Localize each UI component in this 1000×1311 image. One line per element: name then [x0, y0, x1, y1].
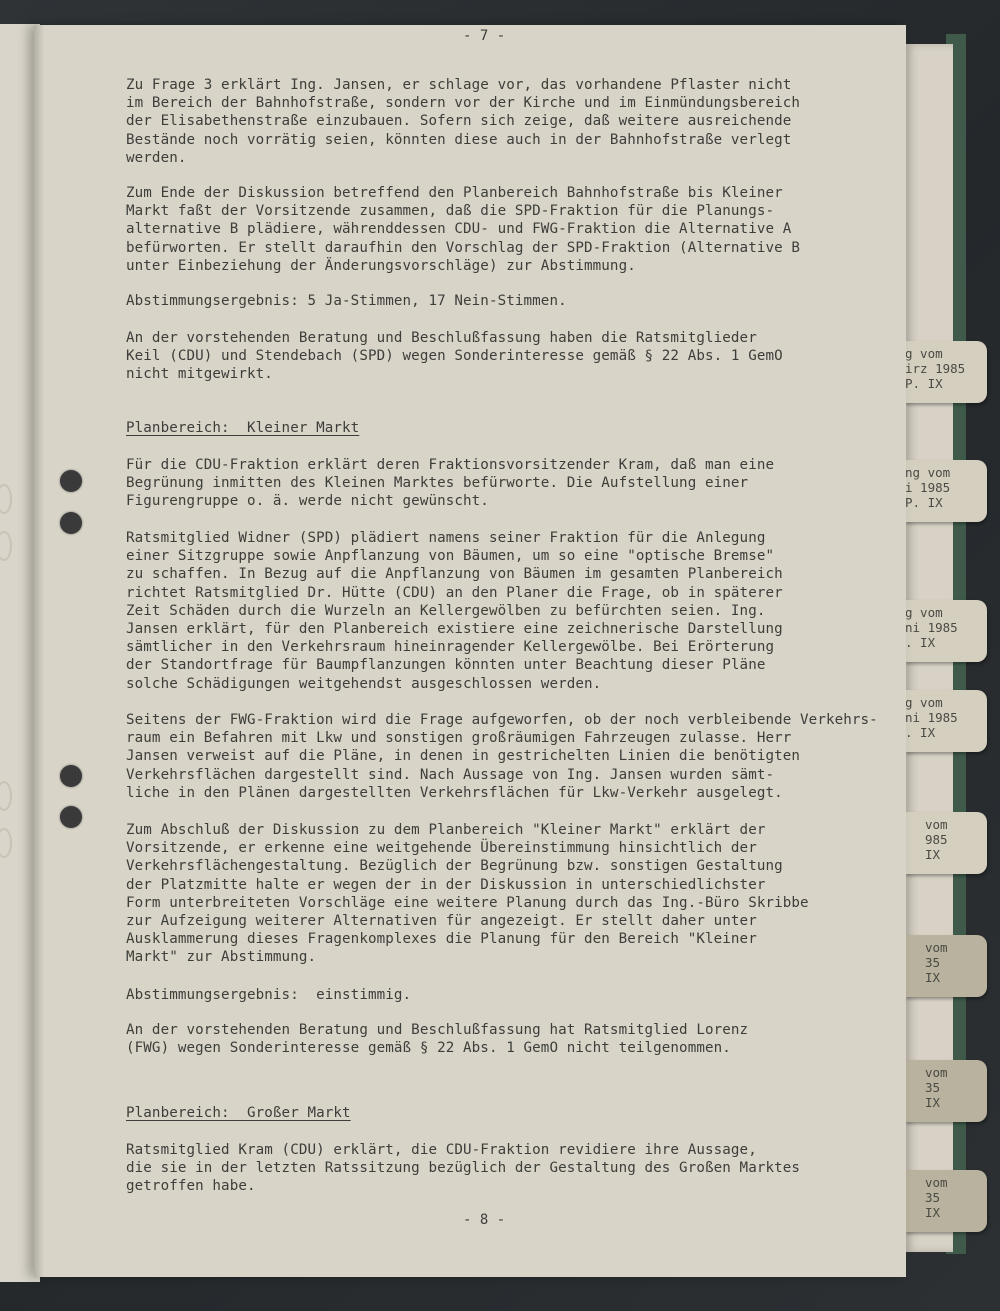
index-tab-label: vom: [905, 1065, 987, 1080]
index-tab-label: . IX: [905, 725, 987, 740]
paragraph: An der vorstehenden Beratung und Beschlu…: [126, 329, 783, 384]
text-line: Zu Frage 3 erklärt Ing. Jansen, er schla…: [126, 76, 800, 94]
text-line: Markt" zur Abstimmung.: [126, 948, 809, 966]
section-heading: Planbereich: Großer Markt: [126, 1104, 351, 1122]
index-tab[interactable]: g vomirz 1985P. IX: [905, 341, 987, 403]
text-line: zu schaffen. In Bezug auf die Anpflanzun…: [126, 565, 783, 583]
text-line: (FWG) wegen Sonderinteresse gemäß § 22 A…: [126, 1039, 748, 1057]
punch-hole: [60, 806, 82, 828]
paragraph: An der vorstehenden Beratung und Beschlu…: [126, 1021, 748, 1057]
text-line: der Platzmitte halte er wegen der in der…: [126, 876, 809, 894]
text-line: Jansen erklärt, für den Planbereich exis…: [126, 620, 783, 638]
text-line: An der vorstehenden Beratung und Beschlu…: [126, 1021, 748, 1039]
text-line: im Bereich der Bahnhofstraße, sondern vo…: [126, 94, 800, 112]
text-line: raum ein Befahren mit Lkw und sonstigen …: [126, 729, 878, 747]
index-tab-label: ng vom: [905, 465, 987, 480]
index-tab[interactable]: vom35IX: [905, 1060, 987, 1122]
paragraph: Zu Frage 3 erklärt Ing. Jansen, er schla…: [126, 76, 800, 167]
index-tab-label: IX: [905, 970, 987, 985]
index-tab-label: g vom: [905, 695, 987, 710]
paragraph: Abstimmungsergebnis: einstimmig.: [126, 986, 411, 1004]
paragraph: Zum Ende der Diskussion betreffend den P…: [126, 184, 800, 275]
index-tab-label: irz 1985: [905, 361, 987, 376]
text-line: zur Aufzeigung weiterer Alternativen für…: [126, 912, 809, 930]
text-line: Seitens der FWG-Fraktion wird die Frage …: [126, 711, 878, 729]
index-tab-label: g vom: [905, 605, 987, 620]
index-tab-label: IX: [905, 1095, 987, 1110]
punch-hole: [60, 765, 82, 787]
text-line: sämtlicher in den Verkehrsraum hineinrag…: [126, 638, 783, 656]
text-line: Begrünung inmitten des Kleinen Marktes b…: [126, 474, 774, 492]
text-line: befürworten. Er stellt daraufhin den Vor…: [126, 239, 800, 257]
paragraph: Abstimmungsergebnis: 5 Ja-Stimmen, 17 Ne…: [126, 292, 567, 310]
text-line: Verkehrsflächen dargestellt sind. Nach A…: [126, 766, 878, 784]
ghost-punch-hole: [0, 828, 12, 858]
paragraph: Seitens der FWG-Fraktion wird die Frage …: [126, 711, 878, 802]
index-tab-label: vom: [905, 817, 987, 832]
ghost-punch-hole: [0, 531, 12, 561]
text-line: Zeit Schäden durch die Wurzeln an Keller…: [126, 602, 783, 620]
paragraph: Für die CDU-Fraktion erklärt deren Frakt…: [126, 456, 774, 511]
text-line: Zum Abschluß der Diskussion zu dem Planb…: [126, 821, 809, 839]
text-line: Vorsitzende, er erkenne eine weitgehende…: [126, 839, 809, 857]
text-line: Für die CDU-Fraktion erklärt deren Frakt…: [126, 456, 774, 474]
index-tab[interactable]: vom985IX: [905, 812, 987, 874]
section-heading: Planbereich: Kleiner Markt: [126, 419, 359, 437]
text-line: getroffen habe.: [126, 1177, 800, 1195]
text-line: Ratsmitglied Widner (SPD) plädiert namen…: [126, 529, 783, 547]
paragraph: Ratsmitglied Kram (CDU) erklärt, die CDU…: [126, 1141, 800, 1196]
paragraph: Zum Abschluß der Diskussion zu dem Planb…: [126, 821, 809, 967]
text-line: Abstimmungsergebnis: 5 Ja-Stimmen, 17 Ne…: [126, 292, 567, 310]
paragraph: Ratsmitglied Widner (SPD) plädiert namen…: [126, 529, 783, 693]
text-line: Abstimmungsergebnis: einstimmig.: [126, 986, 411, 1004]
text-line: der Elisabethenstraße einzubauen. Sofern…: [126, 112, 800, 130]
text-line: An der vorstehenden Beratung und Beschlu…: [126, 329, 783, 347]
text-line: liche in den Plänen dargestellten Verkeh…: [126, 784, 878, 802]
index-tab-label: IX: [905, 1205, 987, 1220]
text-line: Zum Ende der Diskussion betreffend den P…: [126, 184, 800, 202]
text-line: unter Einbeziehung der Änderungsvorschlä…: [126, 257, 800, 275]
index-tab[interactable]: g vomni 1985. IX: [905, 690, 987, 752]
punch-hole: [60, 470, 82, 492]
text-line: Bestände noch vorrätig seien, könnten di…: [126, 131, 800, 149]
index-tab[interactable]: ng vomi 1985P. IX: [905, 460, 987, 522]
index-tab[interactable]: vom35IX: [905, 1170, 987, 1232]
text-line: Form unterbreiteten Vorschläge eine weit…: [126, 894, 809, 912]
index-tab-label: vom: [905, 1175, 987, 1190]
text-line: Planbereich: Kleiner Markt: [126, 419, 359, 437]
index-tab-label: i 1985: [905, 480, 987, 495]
text-line: Markt faßt der Vorsitzende zusammen, daß…: [126, 202, 800, 220]
index-tab-label: IX: [905, 847, 987, 862]
text-line: werden.: [126, 149, 800, 167]
index-tab-label: . IX: [905, 635, 987, 650]
page-number-top: - 7 -: [463, 28, 505, 44]
page-number-bottom: - 8 -: [463, 1212, 505, 1228]
text-line: die sie in der letzten Ratssitzung bezüg…: [126, 1159, 800, 1177]
text-line: solche Schädigungen weitgehendst ausgesc…: [126, 675, 783, 693]
text-line: alternative B plädiere, währenddessen CD…: [126, 220, 800, 238]
text-line: Ausklammerung dieses Fragenkomplexes die…: [126, 930, 809, 948]
index-tab-label: 35: [905, 1190, 987, 1205]
index-tab-label: 35: [905, 955, 987, 970]
index-tab-label: 985: [905, 832, 987, 847]
index-tab-label: vom: [905, 940, 987, 955]
text-line: Verkehrsflächengestaltung. Bezüglich der…: [126, 857, 809, 875]
text-line: richtet Ratsmitglied Dr. Hütte (CDU) an …: [126, 584, 783, 602]
text-line: nicht mitgewirkt.: [126, 365, 783, 383]
index-tab[interactable]: g vomni 1985. IX: [905, 600, 987, 662]
index-tab-label: ni 1985: [905, 620, 987, 635]
index-tab-label: g vom: [905, 346, 987, 361]
index-tab-label: P. IX: [905, 495, 987, 510]
text-line: Figurengruppe o. ä. werde nicht gewünsch…: [126, 492, 774, 510]
index-tab-label: 35: [905, 1080, 987, 1095]
text-line: Ratsmitglied Kram (CDU) erklärt, die CDU…: [126, 1141, 800, 1159]
ghost-punch-hole: [0, 781, 12, 811]
text-line: Planbereich: Großer Markt: [126, 1104, 351, 1122]
text-line: Keil (CDU) und Stendebach (SPD) wegen So…: [126, 347, 783, 365]
index-tab[interactable]: vom35IX: [905, 935, 987, 997]
ghost-punch-hole: [0, 484, 12, 514]
text-line: einer Sitzgruppe sowie Anpflanzung von B…: [126, 547, 783, 565]
text-line: Jansen verweist auf die Pläne, in denen …: [126, 747, 878, 765]
text-line: der Standortfrage für Baumpflanzungen kö…: [126, 656, 783, 674]
index-tab-label: P. IX: [905, 376, 987, 391]
punch-hole: [60, 512, 82, 534]
index-tab-label: ni 1985: [905, 710, 987, 725]
